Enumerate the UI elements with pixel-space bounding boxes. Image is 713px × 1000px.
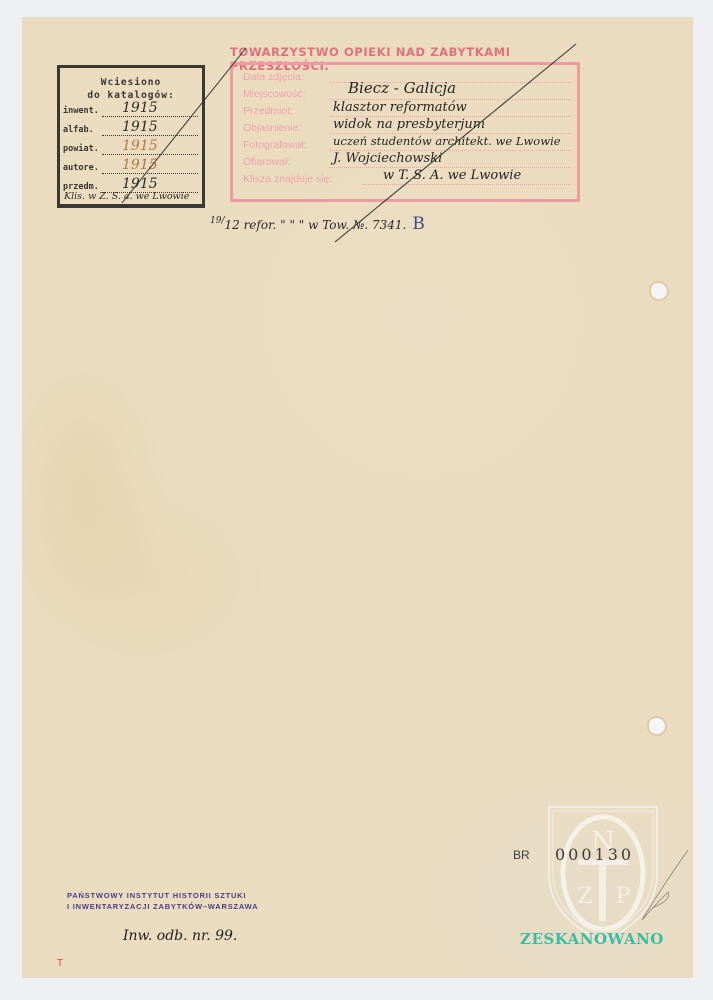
collection-number: 000130 (555, 845, 634, 864)
scanned-stamp: ZESKANOWANO (520, 930, 664, 948)
svg-text:Z: Z (577, 884, 592, 909)
register-line: 19/12 refor. " " " w Tow. №. 7341.B (210, 214, 425, 234)
svg-text:P: P (616, 884, 631, 909)
catalog-stamp-footer: Klis. w Z. S. a. we Lwowie (64, 191, 189, 202)
collection-prefix: BR (513, 848, 530, 862)
document-page: Wciesiono do katalogów: inwent. 1915 alf… (23, 18, 692, 977)
institute-stamp: PAŃSTWOWY INSTYTUT HISTORII SZTUKI I INW… (67, 890, 258, 912)
society-stamp: Data zdjęcia: Miejscowość: Biecz - Galic… (230, 62, 580, 202)
field-negative-location: Klisza znajduje się: w T. S. A. we Lwowi… (233, 171, 577, 188)
catalog-stamp: Wciesiono do katalogów: inwent. 1915 alf… (57, 65, 205, 208)
corner-mark: T (57, 958, 63, 969)
punch-hole-top (651, 283, 667, 299)
emboss-monogram-icon: N Z P (543, 803, 663, 943)
punch-hole-bottom (649, 718, 665, 734)
inventory-note: Inw. odb. nr. 99. (123, 928, 237, 944)
